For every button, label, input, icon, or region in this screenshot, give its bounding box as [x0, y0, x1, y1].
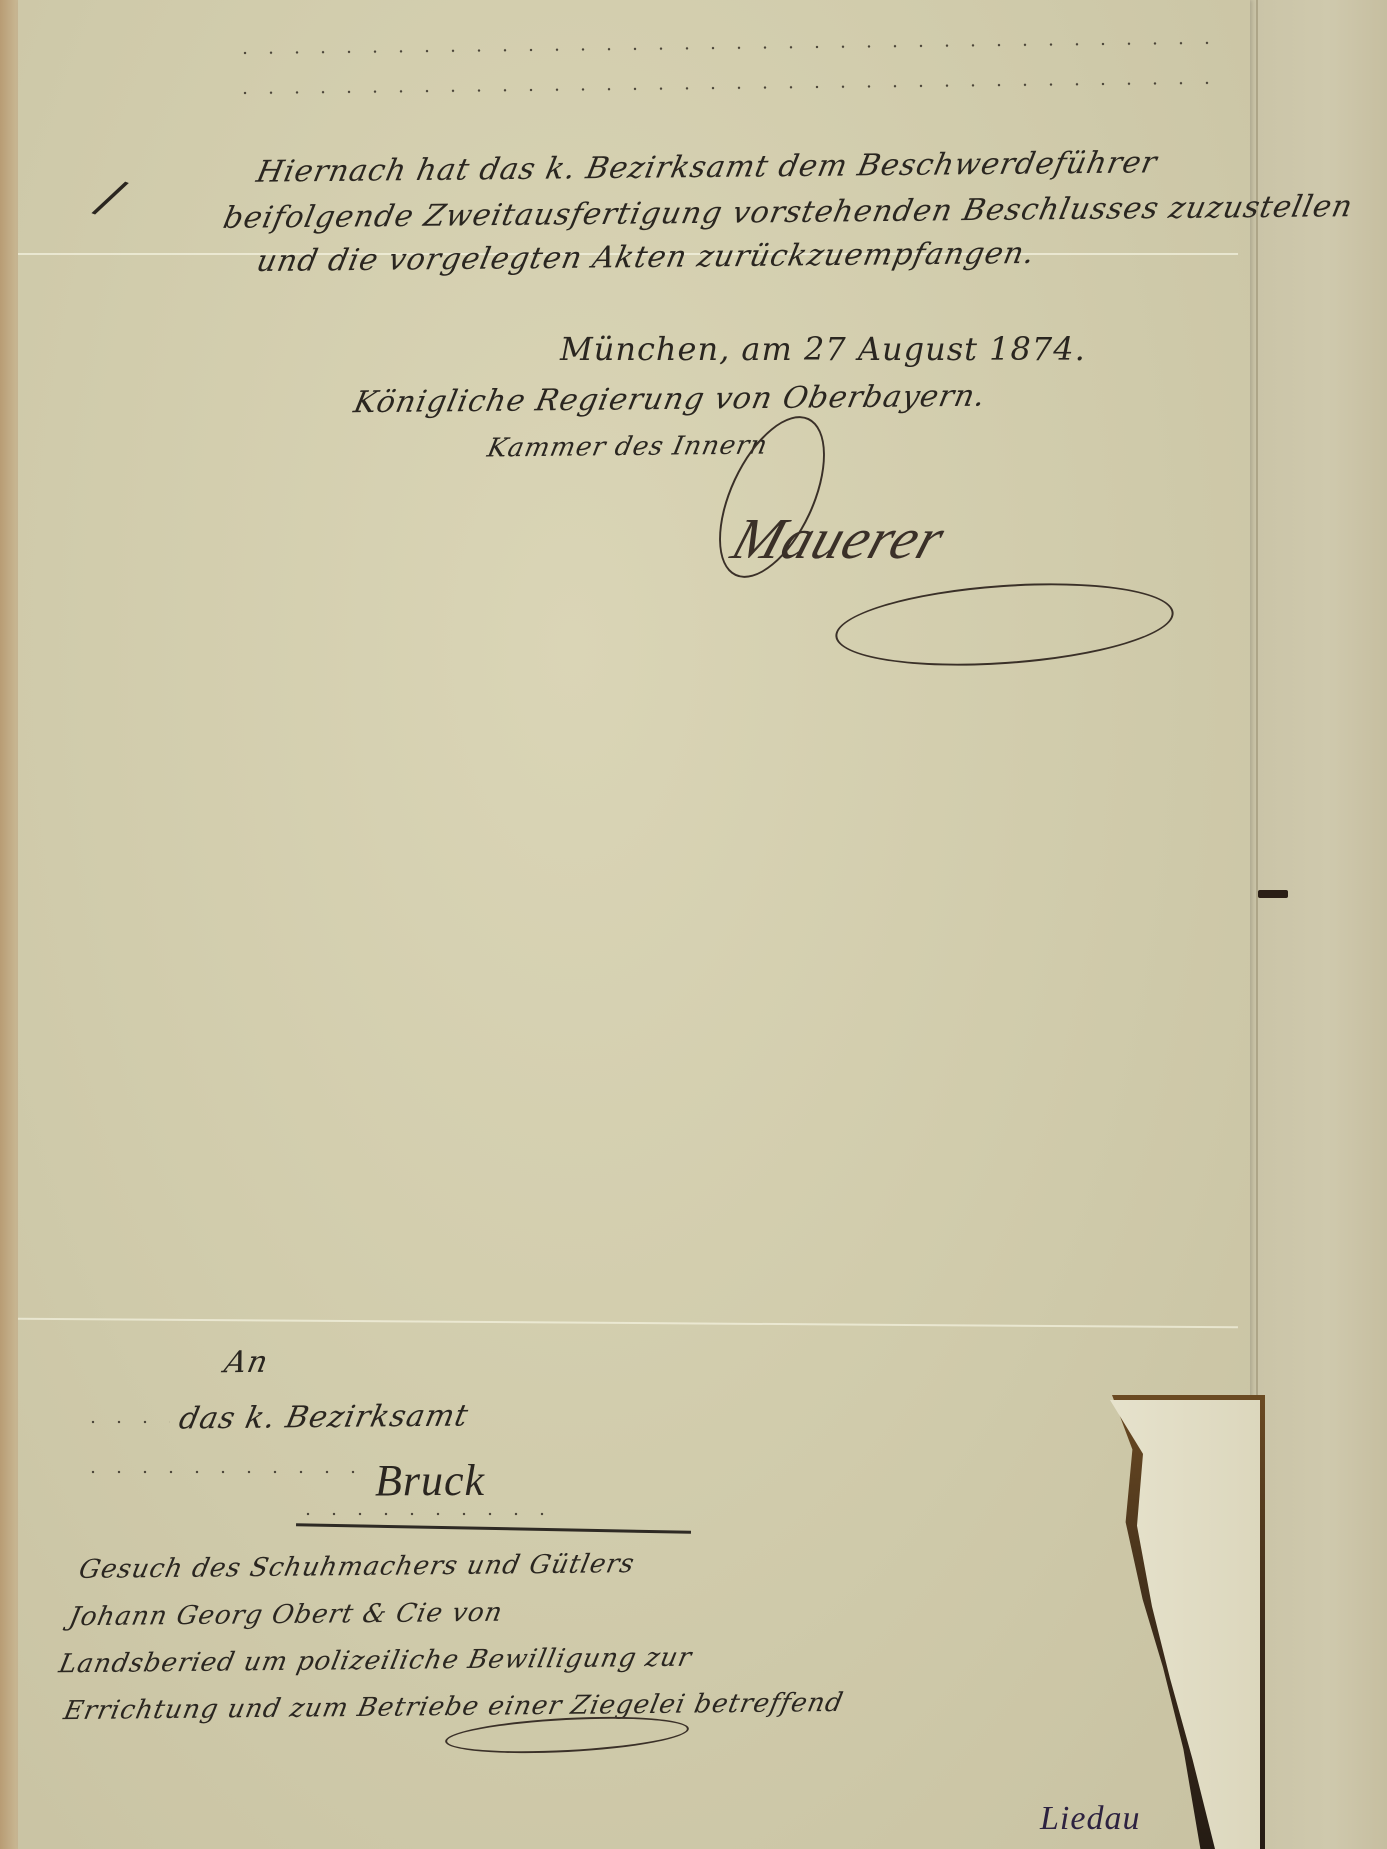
address-prefix: An — [221, 1345, 271, 1380]
dotted-leader-3 — [295, 1512, 565, 1516]
corner-signature: Liedau — [1040, 1800, 1140, 1838]
authority-line: Königliche Regierung von Oberbayern. — [351, 379, 989, 421]
department-line: Kammer des Innern — [485, 431, 771, 464]
signature: Mauerer — [724, 505, 954, 572]
dotted-leader-2 — [80, 1470, 370, 1474]
address-place: Bruck — [375, 1455, 485, 1506]
paper-hole — [1258, 890, 1288, 898]
address-office: das k. Bezirksamt — [176, 1398, 471, 1436]
subject-line-1: Gesuch des Schuhmachers und Gütlers — [76, 1549, 637, 1585]
place-date: München, am 27 August 1874. — [560, 330, 1086, 368]
dotted-leader-1 — [80, 1420, 170, 1424]
subject-line-2: Johann Georg Obert & Cie von — [66, 1598, 505, 1633]
